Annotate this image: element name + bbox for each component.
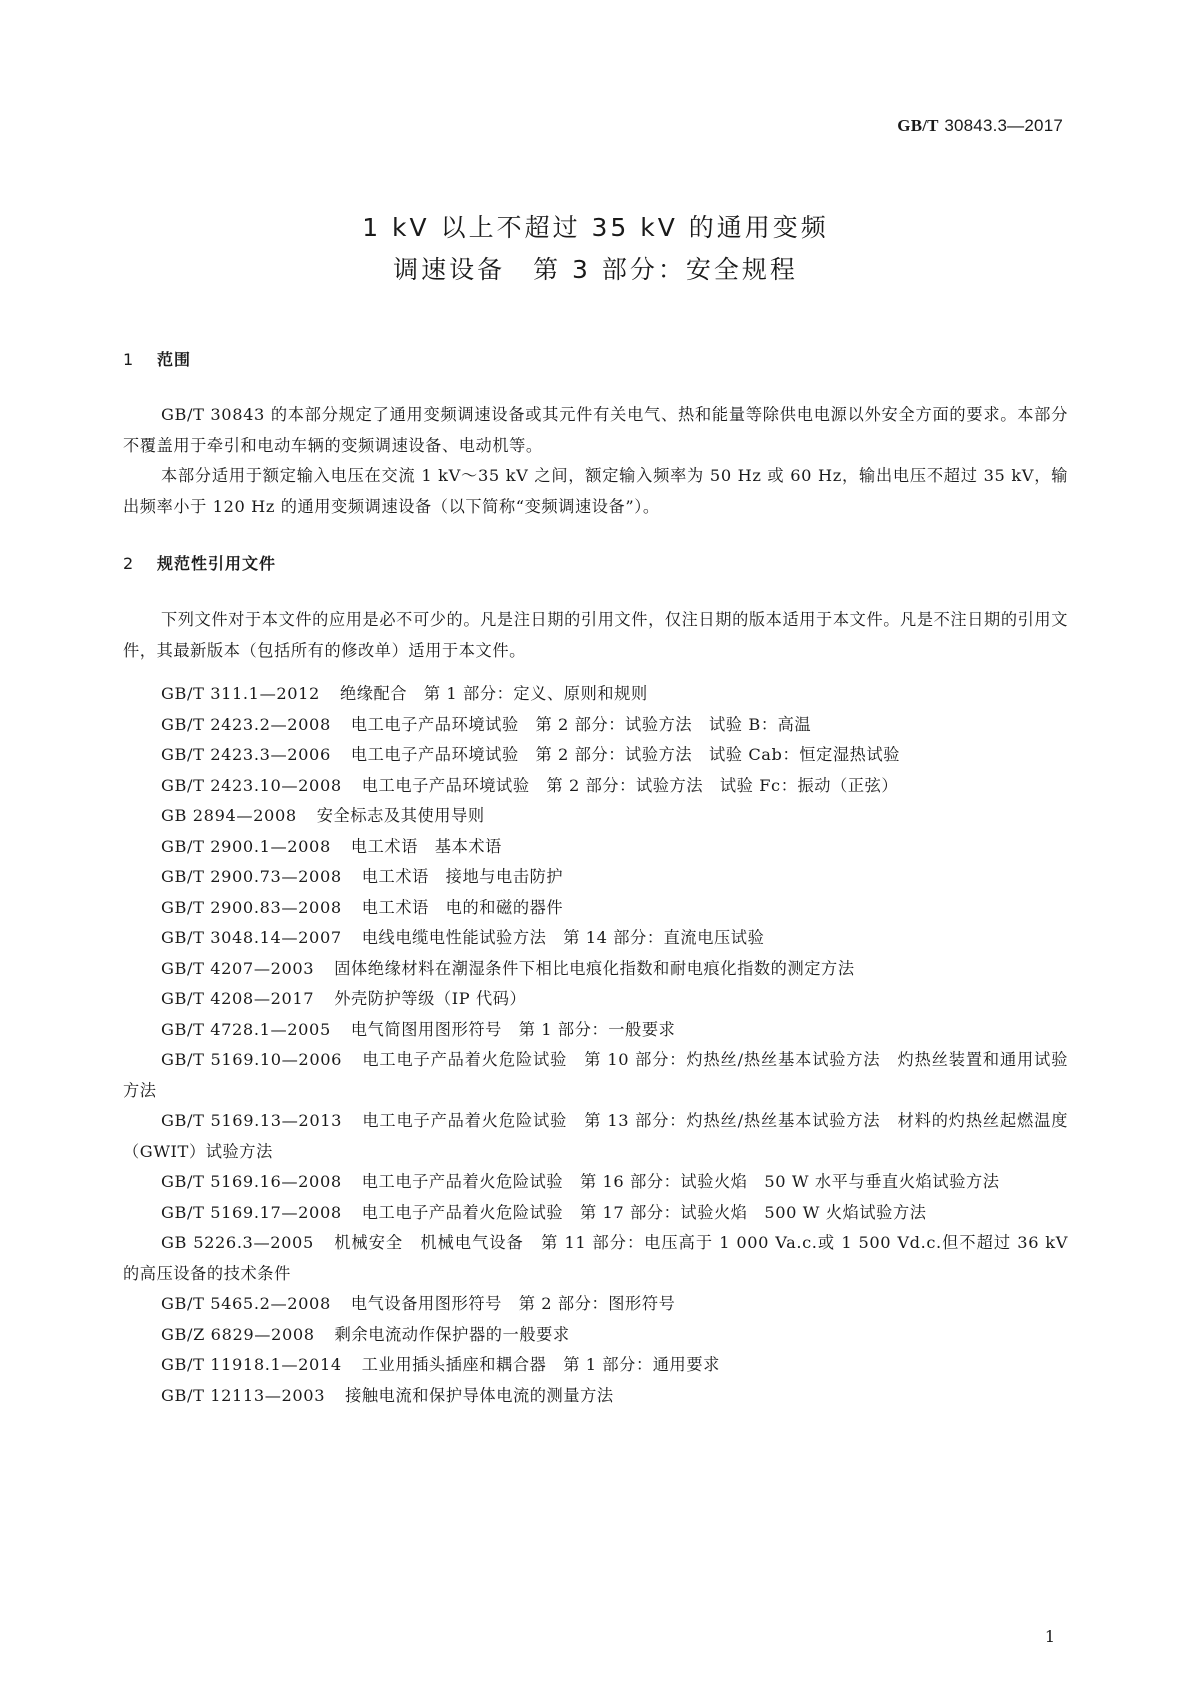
- reference-code: GB/T 5169.10—2006: [161, 1050, 342, 1069]
- title-line-2: 调速设备 第 3 部分：安全规程: [0, 249, 1191, 291]
- reference-item: GB/T 4207—2003固体绝缘材料在潮湿条件下相比电痕化指数和耐电痕化指数…: [123, 954, 1068, 985]
- reference-code: GB/T 2900.1—2008: [161, 837, 331, 856]
- reference-code: GB/T 2423.10—2008: [161, 776, 342, 795]
- document-title: 1 kV 以上不超过 35 kV 的通用变频 调速设备 第 3 部分：安全规程: [0, 207, 1191, 291]
- reference-item: GB/T 2900.73—2008电工术语 接地与电击防护: [123, 862, 1068, 893]
- reference-title: 电工电子产品环境试验 第 2 部分：试验方法 试验 Fc：振动（正弦）: [362, 776, 898, 795]
- section-title: 规范性引用文件: [157, 554, 276, 573]
- reference-title: 电工术语 基本术语: [351, 837, 502, 856]
- reference-item: GB/T 5169.13—2013电工电子产品着火危险试验 第 13 部分：灼热…: [123, 1106, 1068, 1167]
- reference-item: GB/T 5169.10—2006电工电子产品着火危险试验 第 10 部分：灼热…: [123, 1045, 1068, 1106]
- reference-title: 电工电子产品环境试验 第 2 部分：试验方法 试验 Cab：恒定湿热试验: [351, 745, 900, 764]
- reference-title: 绝缘配合 第 1 部分：定义、原则和规则: [340, 684, 648, 703]
- reference-title: 电气设备用图形符号 第 2 部分：图形符号: [351, 1294, 676, 1313]
- section-title: 范围: [157, 350, 191, 369]
- reference-title: 电工术语 电的和磁的器件: [362, 898, 563, 917]
- reference-code: GB/T 3048.14—2007: [161, 928, 342, 947]
- reference-item: GB/T 2900.83—2008电工术语 电的和磁的器件: [123, 893, 1068, 924]
- reference-item: GB/T 2900.1—2008电工术语 基本术语: [123, 832, 1068, 863]
- reference-title: 剩余电流动作保护器的一般要求: [335, 1325, 570, 1344]
- reference-code: GB/T 311.1—2012: [161, 684, 320, 703]
- reference-title: 接触电流和保护导体电流的测量方法: [345, 1386, 614, 1405]
- scope-paragraph-2: 本部分适用于额定输入电压在交流 1 kV～35 kV 之间，额定输入频率为 50…: [123, 461, 1068, 522]
- references-intro-paragraph: 下列文件对于本文件的应用是必不可少的。凡是注日期的引用文件，仅注日期的版本适用于…: [123, 605, 1068, 666]
- reference-code: GB/Z 6829—2008: [161, 1325, 315, 1344]
- reference-code: GB/T 5465.2—2008: [161, 1294, 331, 1313]
- reference-item: GB/T 4208—2017外壳防护等级（IP 代码）: [123, 984, 1068, 1015]
- reference-item: GB/T 3048.14—2007电线电缆电性能试验方法 第 14 部分：直流电…: [123, 923, 1068, 954]
- reference-title: 固体绝缘材料在潮湿条件下相比电痕化指数和耐电痕化指数的测定方法: [334, 959, 854, 978]
- reference-item: GB 2894—2008安全标志及其使用导则: [123, 801, 1068, 832]
- section-heading-normative-references: 2规范性引用文件: [123, 551, 276, 574]
- reference-list: GB/T 311.1—2012绝缘配合 第 1 部分：定义、原则和规则 GB/T…: [123, 679, 1068, 1411]
- section-number: 1: [123, 350, 157, 369]
- reference-code: GB/T 12113—2003: [161, 1386, 325, 1405]
- standard-code: GB/T 30843.3—2017: [897, 116, 1063, 136]
- reference-item: GB/T 5465.2—2008电气设备用图形符号 第 2 部分：图形符号: [123, 1289, 1068, 1320]
- reference-item: GB/T 2423.10—2008电工电子产品环境试验 第 2 部分：试验方法 …: [123, 771, 1068, 802]
- reference-title: 工业用插头插座和耦合器 第 1 部分：通用要求: [362, 1355, 720, 1374]
- reference-code: GB/T 4207—2003: [161, 959, 314, 978]
- section-heading-scope: 1范围: [123, 347, 191, 370]
- reference-code: GB/T 4208—2017: [161, 989, 314, 1008]
- reference-item: GB/T 12113—2003接触电流和保护导体电流的测量方法: [123, 1381, 1068, 1412]
- reference-code: GB 2894—2008: [161, 806, 297, 825]
- scope-paragraph-1: GB/T 30843 的本部分规定了通用变频调速设备或其元件有关电气、热和能量等…: [123, 400, 1068, 461]
- reference-title: 电工电子产品环境试验 第 2 部分：试验方法 试验 B：高温: [351, 715, 811, 734]
- reference-code: GB/T 5169.17—2008: [161, 1203, 342, 1222]
- reference-item: GB/Z 6829—2008剩余电流动作保护器的一般要求: [123, 1320, 1068, 1351]
- reference-code: GB/T 2423.2—2008: [161, 715, 331, 734]
- reference-code: GB/T 5169.13—2013: [161, 1111, 342, 1130]
- reference-item: GB/T 11918.1—2014工业用插头插座和耦合器 第 1 部分：通用要求: [123, 1350, 1068, 1381]
- reference-item: GB/T 5169.17—2008电工电子产品着火危险试验 第 17 部分：试验…: [123, 1198, 1068, 1229]
- reference-item: GB 5226.3—2005机械安全 机械电气设备 第 11 部分：电压高于 1…: [123, 1228, 1068, 1289]
- reference-item: GB/T 2423.2—2008电工电子产品环境试验 第 2 部分：试验方法 试…: [123, 710, 1068, 741]
- reference-title: 电线电缆电性能试验方法 第 14 部分：直流电压试验: [362, 928, 765, 947]
- reference-code: GB/T 2900.73—2008: [161, 867, 342, 886]
- reference-item: GB/T 4728.1—2005电气简图用图形符号 第 1 部分：一般要求: [123, 1015, 1068, 1046]
- reference-item: GB/T 5169.16—2008电工电子产品着火危险试验 第 16 部分：试验…: [123, 1167, 1068, 1198]
- reference-title: 外壳防护等级（IP 代码）: [334, 989, 526, 1008]
- reference-code: GB 5226.3—2005: [161, 1233, 314, 1252]
- reference-code: GB/T 2423.3—2006: [161, 745, 331, 764]
- reference-title: 电工术语 接地与电击防护: [362, 867, 563, 886]
- reference-code: GB/T 2900.83—2008: [161, 898, 342, 917]
- reference-code: GB/T 5169.16—2008: [161, 1172, 342, 1191]
- reference-title: 安全标志及其使用导则: [317, 806, 485, 825]
- reference-title: 电工电子产品着火危险试验 第 17 部分：试验火焰 500 W 火焰试验方法: [362, 1203, 927, 1222]
- standard-prefix: GB/T: [897, 116, 938, 135]
- reference-item: GB/T 311.1—2012绝缘配合 第 1 部分：定义、原则和规则: [123, 679, 1068, 710]
- section-number: 2: [123, 554, 157, 573]
- title-line-1: 1 kV 以上不超过 35 kV 的通用变频: [0, 207, 1191, 249]
- reference-code: GB/T 11918.1—2014: [161, 1355, 342, 1374]
- reference-code: GB/T 4728.1—2005: [161, 1020, 331, 1039]
- page-number: 1: [1045, 1627, 1055, 1646]
- standard-number: 30843.3—2017: [944, 116, 1063, 135]
- reference-item: GB/T 2423.3—2006电工电子产品环境试验 第 2 部分：试验方法 试…: [123, 740, 1068, 771]
- reference-title: 电气简图用图形符号 第 1 部分：一般要求: [351, 1020, 676, 1039]
- reference-title: 电工电子产品着火危险试验 第 16 部分：试验火焰 50 W 水平与垂直火焰试验…: [362, 1172, 1000, 1191]
